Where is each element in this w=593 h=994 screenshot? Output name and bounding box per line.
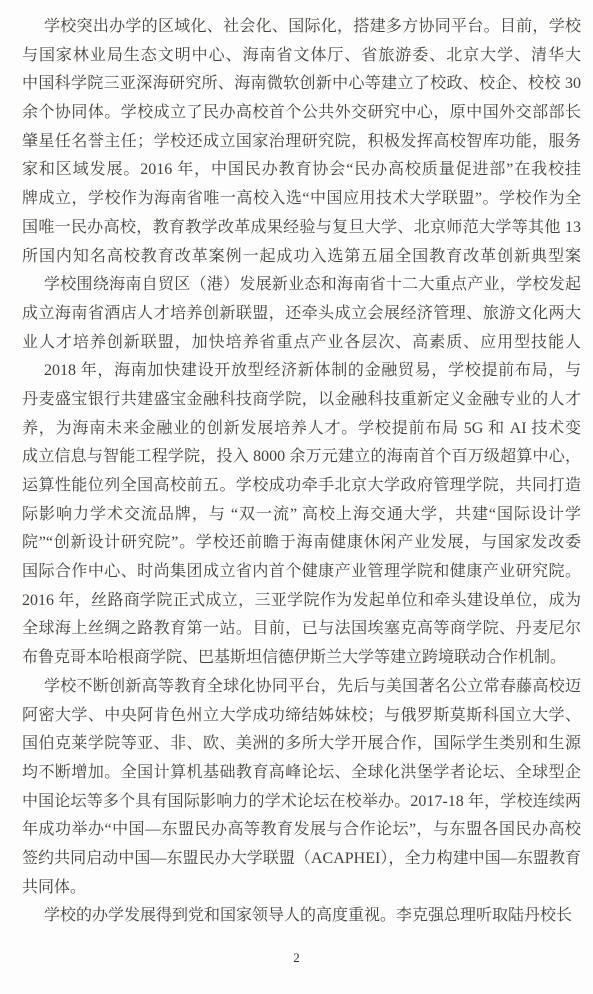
text-line: 肇星任名誉主任；学校还成立国家治理研究院，积极发挥高校智库功能，服务国 (22, 128, 581, 157)
text-line: 家和区域发展。2016 年，中国民办教育协会“民办高校质量促进部”在我校挂 (22, 156, 581, 185)
text-line: 国伯克莱学院等亚、非、欧、美洲的多所大学开展合作，国际学生类别和生源地 (22, 730, 581, 759)
text-line: 学校突出办学的区域化、社会化、国际化，搭建多方协同平台。目前，学校 (22, 13, 581, 42)
text-line: 年成功举办“中国—东盟民办高等教育发展与合作论坛”，与东盟各国民办高校 (22, 816, 581, 845)
text-line: 余个协同体。学校成立了民办高校首个公共外交研究中心，原中国外交部部长李 (22, 99, 581, 128)
text-line: 国唯一民办高校，教育教学改革成果经验与复旦大学、北京师范大学等其他 13 (22, 214, 581, 243)
text-line: 丹麦盛宝银行共建盛宝金融科技商学院，以金融科技重新定义金融专业的人才培 (22, 386, 581, 415)
text-line: 签约共同启动中国—东盟民办大学联盟（ACAPHEI），全力构建中国—东盟教育 (22, 845, 581, 874)
text-line: 院”“创新设计研究院”。学校还前瞻于海南健康休闲产业发展，与国家发改委 (22, 529, 581, 558)
paragraph: 学校的办学发展得到党和国家领导人的高度重视。李克强总理听取陆丹校长 (22, 902, 581, 931)
text-line: 所国内知名高校教育改革案例一起成功入选第五届全国教育改革创新典型案例。 (22, 243, 581, 272)
text-line: 2016 年，丝路商学院正式成立，三亚学院作为发起单位和牵头建设单位，成为 (22, 587, 581, 616)
text-line: 国际合作中心、时尚集团成立省内首个健康产业管理学院和健康产业研究院。 (22, 558, 581, 587)
document-body: 学校突出办学的区域化、社会化、国际化，搭建多方协同平台。目前，学校与国家林业局生… (22, 13, 581, 931)
text-line: 与国家林业局生态文明中心、海南省文体厅、省旅游委、北京大学、清华大学、 (22, 42, 581, 71)
text-line: 运算性能位列全国高校前五。学校成功牵手北京大学政府管理学院，共同打造国 (22, 472, 581, 501)
text-line: 成立海南省酒店人才培养创新联盟，还牵头成立会展经济管理、旅游文化两大产 (22, 300, 581, 329)
text-line: 际影响力学术交流品牌，与 “双一流” 高校上海交通大学，共建“国际设计学 (22, 501, 581, 530)
text-line: 全球海上丝绸之路教育第一站。目前，已与法国埃塞克高等商学院、丹麦尼尔斯 (22, 615, 581, 644)
text-line: 2018 年，海南加快建设开放型经济新体制的金融贸易，学校提前布局，与 (22, 357, 581, 386)
text-line: 布鲁克哥本哈根商学院、巴基斯坦信德伊斯兰大学等建立跨境联动合作机制。 (22, 644, 581, 673)
paragraph: 学校不断创新高等教育全球化协同平台，先后与美国著名公立常春藤高校迈阿密大学、中央… (22, 673, 581, 903)
text-line: 阿密大学、中央阿肯色州立大学成功缔结姊妹校；与俄罗斯莫斯科国立大学、美 (22, 702, 581, 731)
text-line: 中国科学院三亚深海研究所、海南微软创新中心等建立了校政、校企、校校 30 (22, 70, 581, 99)
text-line: 学校不断创新高等教育全球化协同平台，先后与美国著名公立常春藤高校迈 (22, 673, 581, 702)
page-number: 2 (0, 950, 593, 965)
text-line: 均不断增加。全国计算机基础教育高峰论坛、全球化洪堡学者论坛、全球型企业 (22, 759, 581, 788)
text-line: 养，为海南未来金融业的创新发展培养人才。学校提前布局 5G 和 AI 技术变革， (22, 415, 581, 444)
text-line: 共同体。 (22, 874, 581, 903)
text-line: 成立信息与智能工程学院，投入 8000 余万元建立的海南首个百万级超算中心， (22, 443, 581, 472)
document-page: 学校突出办学的区域化、社会化、国际化，搭建多方协同平台。目前，学校与国家林业局生… (0, 0, 593, 994)
paragraph: 2018 年，海南加快建设开放型经济新体制的金融贸易，学校提前布局，与丹麦盛宝银… (22, 357, 581, 673)
text-line: 学校的办学发展得到党和国家领导人的高度重视。李克强总理听取陆丹校长 (22, 902, 581, 931)
paragraph: 学校围绕海南自贸区（港）发展新业态和海南省十二大重点产业，学校发起成立海南省酒店… (22, 271, 581, 357)
text-line: 中国论坛等多个具有国际影响力的学术论坛在校举办。2017-18 年，学校连续两 (22, 788, 581, 817)
text-line: 牌成立，学校作为海南省唯一高校入选“中国应用技术大学联盟”。学校作为全 (22, 185, 581, 214)
text-line: 学校围绕海南自贸区（港）发展新业态和海南省十二大重点产业，学校发起 (22, 271, 581, 300)
paragraph: 学校突出办学的区域化、社会化、国际化，搭建多方协同平台。目前，学校与国家林业局生… (22, 13, 581, 271)
text-line: 业人才培养创新联盟，加快培养省重点产业各层次、高素质、应用型技能人才。 (22, 329, 581, 358)
